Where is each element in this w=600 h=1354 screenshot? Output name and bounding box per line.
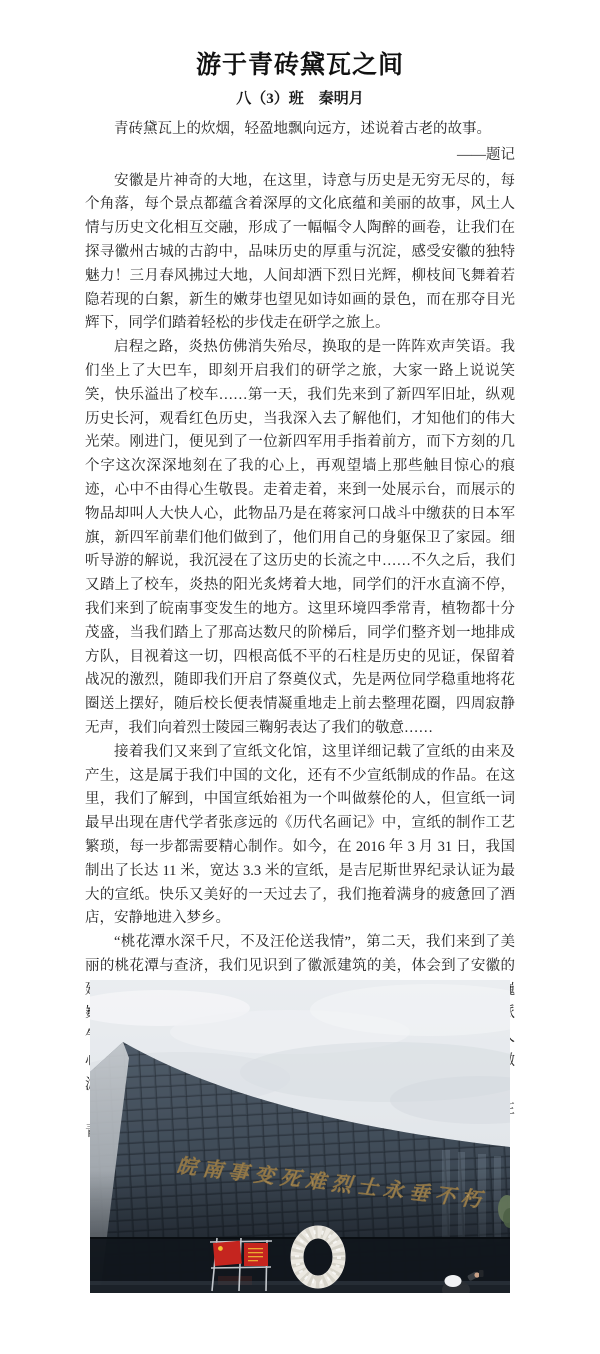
white-cap (445, 1275, 462, 1287)
essay-paragraph-2: 启程之路，炎热仿佛消失殆尽，换取的是一阵阵欢声笑语。我们坐上了大巴车，即刻开启我… (85, 336, 515, 741)
person-hand (474, 1272, 479, 1277)
monument-photo-canvas: 皖南事变死难烈士永垂不朽 (90, 980, 510, 1293)
phone (479, 1270, 484, 1277)
party-flag (213, 1241, 242, 1266)
epigraph-label: ——题记 (85, 144, 515, 168)
essay-title: 游于青砖黛瓦之间 (85, 50, 515, 82)
essay-paragraph-3: 接着我们又来到了宣纸文化馆，这里详细记载了宣纸的由来及产生，这是属于我们中国的文… (85, 741, 515, 931)
essay-paragraph-1: 安徽是片神奇的大地，在这里，诗意与历史是无穷无尽的，每个角落，每个景点都蕴含着深… (85, 170, 515, 337)
epigraph-text: 青砖黛瓦上的炊烟，轻盈地飘向远方，述说着古老的故事。 (85, 118, 515, 142)
essay-byline: 八（3）班 秦明月 (85, 89, 515, 109)
monument-photo: 皖南事变死难烈士永垂不朽 (90, 980, 510, 1293)
red-text-panel (244, 1243, 268, 1266)
document-page: 游于青砖黛瓦之间 八（3）班 秦明月 青砖黛瓦上的炊烟，轻盈地飘向远方，述说着古… (0, 0, 600, 1145)
